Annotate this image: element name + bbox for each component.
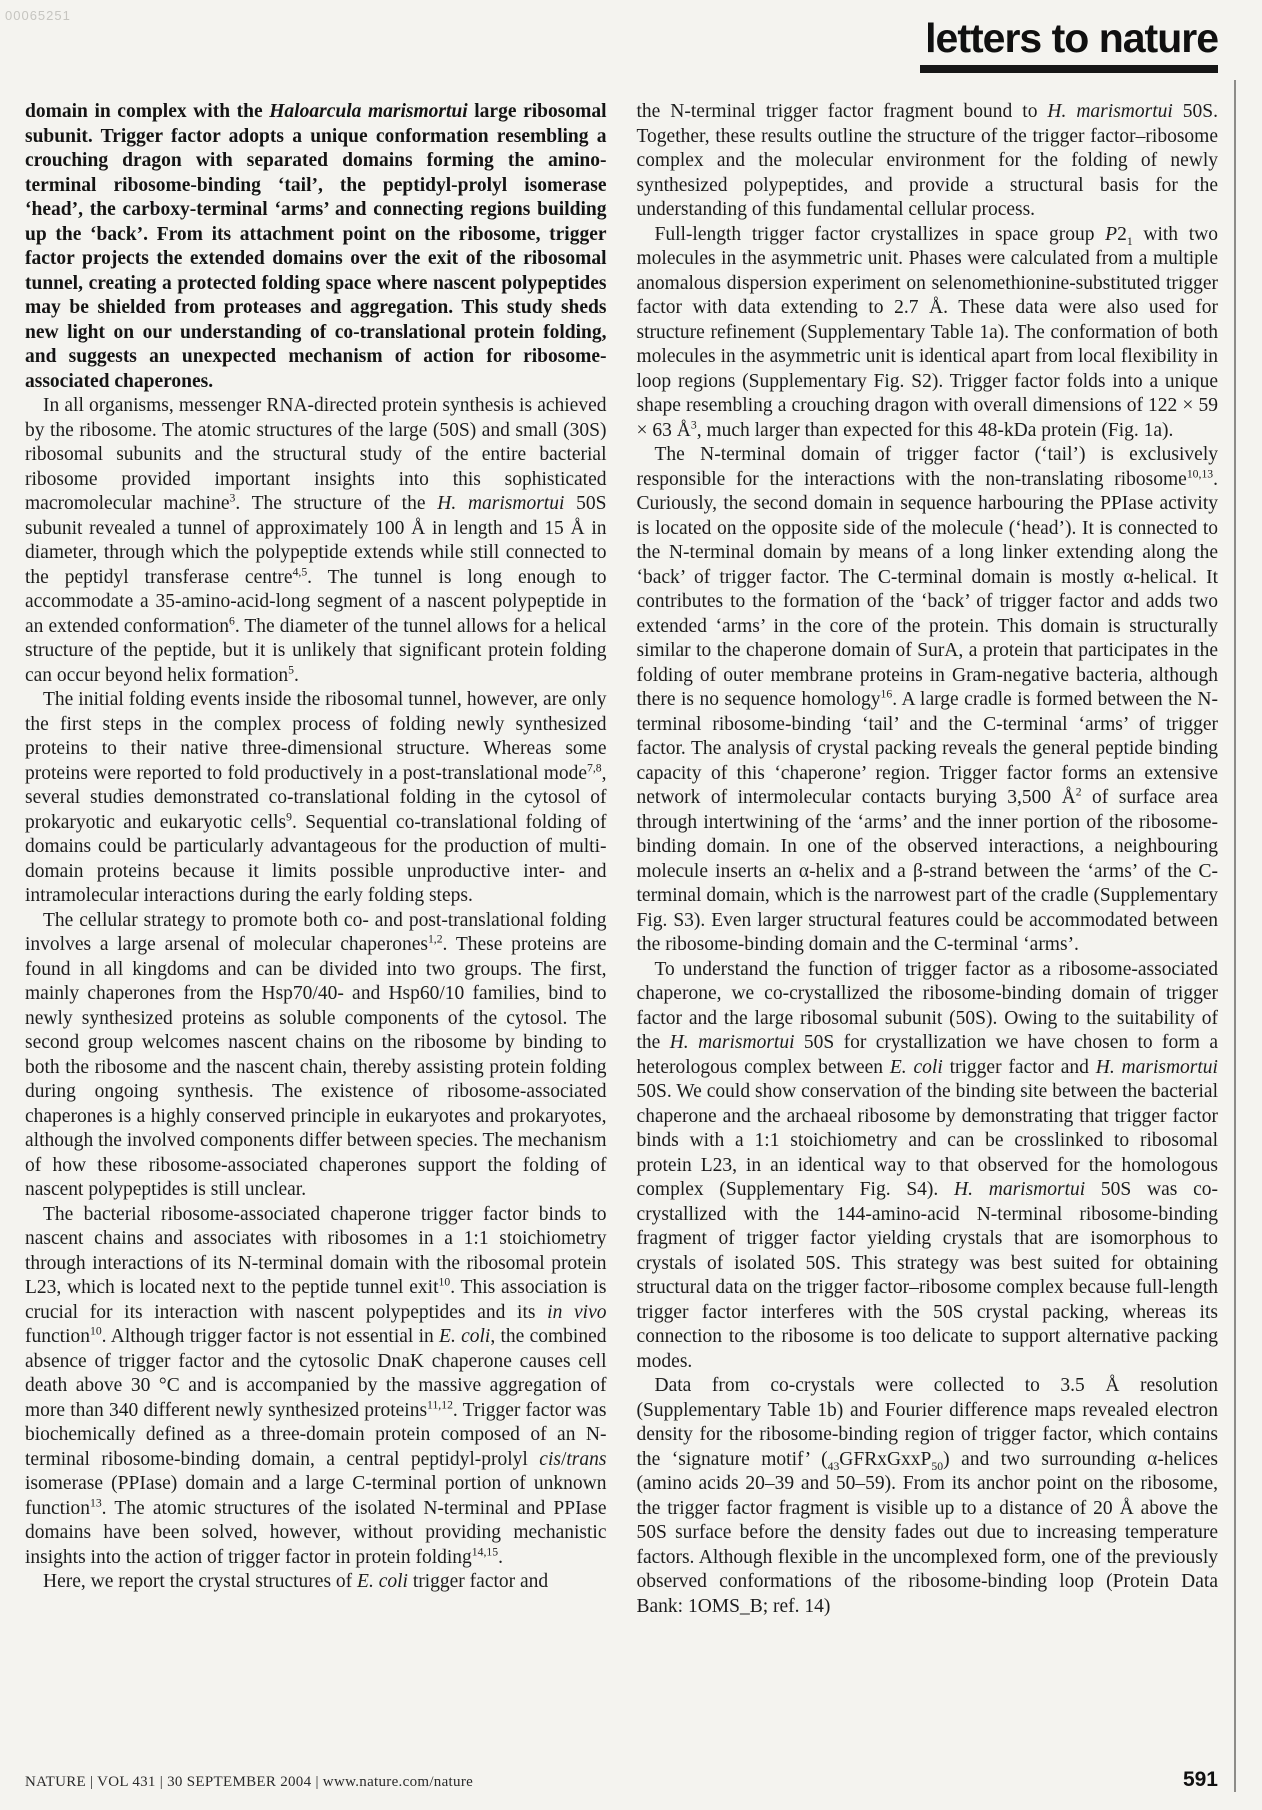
text-segment: E. coli xyxy=(439,1326,490,1347)
text-segment: domain in complex with the xyxy=(25,101,269,122)
text-segment: . The atomic structures of the isolated … xyxy=(25,1498,607,1568)
text-segment: . Curiously, the second domain in sequen… xyxy=(637,469,1219,711)
article-body: domain in complex with the Haloarcula ma… xyxy=(25,100,1218,1619)
header-rule xyxy=(920,65,1218,73)
page-number: 591 xyxy=(1183,1768,1218,1792)
reference-superscript: 13 xyxy=(90,1496,102,1509)
paragraph: To understand the function of trigger fa… xyxy=(637,958,1219,1375)
text-segment: trans xyxy=(566,1449,606,1470)
text-segment: the N-terminal trigger factor fragment b… xyxy=(637,101,1048,122)
text-segment: trigger factor and xyxy=(943,1057,1096,1078)
journal-citation: NATURE | VOL 431 | 30 SEPTEMBER 2004 | w… xyxy=(25,1774,473,1791)
text-segment: in vivo xyxy=(547,1302,606,1323)
text-segment: cis xyxy=(539,1449,561,1470)
text-segment: E. coli xyxy=(890,1057,943,1078)
paragraph: Full-length trigger factor crystallizes … xyxy=(637,223,1219,444)
subscript: 50 xyxy=(931,1459,943,1472)
text-segment: . Although trigger factor is not essenti… xyxy=(102,1326,439,1347)
reference-superscript: 14,15 xyxy=(472,1545,498,1558)
text-segment: P xyxy=(1105,224,1117,245)
page-header: letters to nature xyxy=(920,18,1218,73)
text-segment: ) and two surrounding α-helices (amino a… xyxy=(637,1449,1219,1617)
footer: NATURE | VOL 431 | 30 SEPTEMBER 2004 | w… xyxy=(25,1768,1218,1792)
text-segment: function xyxy=(25,1326,90,1347)
text-segment: . These proteins are found in all kingdo… xyxy=(25,934,607,1200)
text-segment: 50S was co-crystallized with the 144-ami… xyxy=(637,1179,1219,1372)
text-segment: GFRxGxxP xyxy=(839,1449,931,1470)
text-segment: . xyxy=(498,1547,503,1568)
text-segment: H. marismortui xyxy=(1096,1057,1218,1078)
text-segment: H. marismortui xyxy=(437,493,564,514)
reference-superscript: 4,5 xyxy=(293,565,308,578)
reference-superscript: 10,13 xyxy=(1187,467,1213,480)
text-segment: The N-terminal domain of trigger factor … xyxy=(637,444,1219,490)
scan-number: 00065251 xyxy=(5,8,71,23)
paragraph: Data from co-crystals were collected to … xyxy=(637,1374,1219,1619)
text-segment: Haloarcula marismortui xyxy=(269,101,467,122)
subscript: 43 xyxy=(828,1459,840,1472)
text-segment: H. marismortui xyxy=(670,1032,795,1053)
text-segment: Full-length trigger factor crystallizes … xyxy=(655,224,1106,245)
text-segment: H. marismortui xyxy=(1047,101,1172,122)
text-segment: trigger factor and xyxy=(408,1571,548,1592)
paragraph: Here, we report the crystal structures o… xyxy=(25,1570,607,1595)
paragraph: The initial folding events inside the ri… xyxy=(25,688,607,909)
reference-superscript: 11,12 xyxy=(427,1398,453,1411)
text-segment: large ribosomal subunit. Trigger factor … xyxy=(25,101,607,392)
text-segment: . The structure of the xyxy=(235,493,437,514)
paragraph: the N-terminal trigger factor fragment b… xyxy=(637,100,1219,223)
column-left: domain in complex with the Haloarcula ma… xyxy=(25,100,607,1619)
page-edge-rule xyxy=(1234,80,1236,1792)
paragraph: The bacterial ribosome-associated chaper… xyxy=(25,1203,607,1571)
text-segment: The initial folding events inside the ri… xyxy=(25,689,607,784)
reference-superscript: 16 xyxy=(881,688,893,701)
text-segment: H. marismortui xyxy=(954,1179,1085,1200)
reference-superscript: 10 xyxy=(439,1276,451,1289)
paragraph: The cellular strategy to promote both co… xyxy=(25,909,607,1203)
text-segment: , much larger than expected for this 48-… xyxy=(697,420,1174,441)
text-segment: of surface area through intertwining of … xyxy=(637,787,1219,955)
paragraph: In all organisms, messenger RNA-directed… xyxy=(25,394,607,688)
reference-superscript: 7,8 xyxy=(587,761,602,774)
text-segment: with two molecules in the asymmetric uni… xyxy=(637,224,1219,441)
text-segment: E. coli xyxy=(357,1571,408,1592)
reference-superscript: 10 xyxy=(90,1325,102,1338)
text-segment: 2 xyxy=(1117,224,1127,245)
reference-superscript: 1,2 xyxy=(428,933,443,946)
page-header-title: letters to nature xyxy=(920,18,1218,59)
paragraph: domain in complex with the Haloarcula ma… xyxy=(25,100,607,394)
page: 00065251 letters to nature domain in com… xyxy=(0,0,1262,1810)
paragraph: The N-terminal domain of trigger factor … xyxy=(637,443,1219,958)
column-right: the N-terminal trigger factor fragment b… xyxy=(637,100,1219,1619)
text-segment: Here, we report the crystal structures o… xyxy=(43,1571,357,1592)
text-segment: . xyxy=(294,665,299,686)
